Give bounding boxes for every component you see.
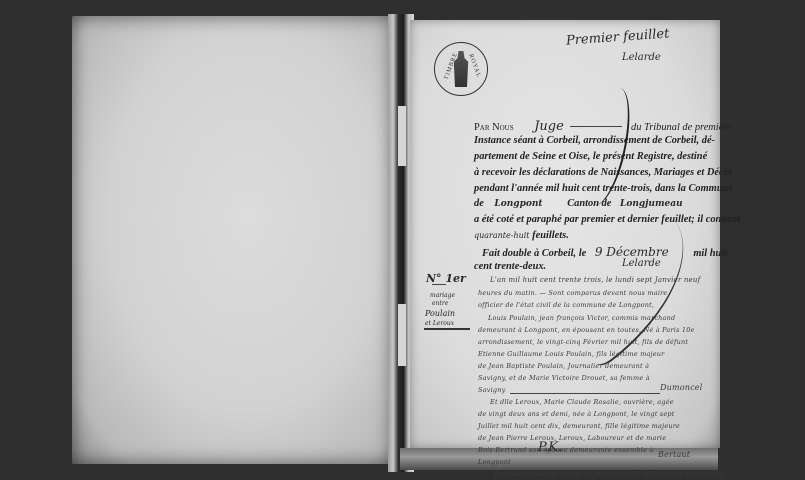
entry-line: Longpont	[478, 458, 511, 466]
entry-line: officier de l'état civil de la commune d…	[478, 301, 654, 309]
margin-note-line: Poulain	[425, 309, 455, 318]
entry-line: de Jean Baptiste Poulain, Journalier dem…	[478, 362, 649, 370]
folio-mark: P.K.	[538, 440, 562, 455]
header-signature: Lelarde	[622, 52, 661, 63]
form-line-10: cent trente-deux.	[474, 262, 546, 272]
entry-line: Etienne Guillaume Louis Poulain, fils lé…	[478, 350, 664, 358]
entry-line: Juillet mil huit cent dix, demeurant, fi…	[478, 422, 680, 430]
entry-line: Bois-Bertrand son épouse demeurante ense…	[478, 446, 653, 454]
form-line-6: de Longpont Canton de Longjumeau	[474, 199, 683, 209]
entry-line: Savigny, et de Marie Victoire Drouet, sa…	[478, 374, 650, 382]
entry-line: de vingt deux ans et demi, née à Longpon…	[478, 410, 675, 418]
spine-strip	[398, 304, 406, 366]
entry-rule	[510, 393, 660, 394]
entry-line: Et dlle Leroux, Marie Claude Rosalie, ou…	[490, 398, 674, 406]
entry-number-underline	[432, 284, 446, 285]
entry-line: demeurant à Longpont, en épousant en tou…	[478, 326, 695, 334]
form-line-2: Instance séant à Corbeil, arrondissement…	[474, 136, 715, 146]
form-line-1: Par Nous Juge du Tribunal de première	[474, 120, 732, 133]
form-line-4: à recevoir les déclarations de Naissance…	[474, 168, 732, 178]
entry-right-mark: Bertaut	[658, 450, 690, 459]
entry-line: heures du matin. — Sont comparus devant …	[478, 289, 667, 297]
stamp-text-right: ROYAL	[467, 53, 481, 79]
entry-line: arrondissement, le vingt-cinq Février mi…	[478, 338, 688, 346]
entry-line: L'an mil huit cent trente trois, le lund…	[490, 276, 700, 284]
spine-strip	[398, 106, 406, 166]
entry-line: de Jean Pierre Leroux, Leroux, Laboureur…	[478, 434, 666, 442]
form-line-5: pendant l'année mil huit cent trente-tro…	[474, 184, 733, 194]
margin-note-line: entre	[432, 300, 448, 307]
left-page-blank	[72, 16, 392, 464]
form-line-7: a été coté et paraphé par premier et der…	[474, 215, 740, 225]
form-line-3: partement de Seine et Oise, le présent R…	[474, 152, 707, 162]
entry-line: Lesquels nous ont requis de procéder à l…	[494, 470, 724, 478]
entry-line: Savigny	[478, 386, 506, 394]
margin-note-line: et Leroux	[425, 320, 454, 327]
margin-note-line: mariage	[430, 292, 455, 299]
entry-right-mark: Dumoncel	[660, 383, 703, 392]
margin-divider	[424, 328, 470, 330]
form-line-8: quarante-huit feuillets.	[474, 231, 569, 241]
entry-line: Louis Poulain, jean françois Victor, com…	[488, 314, 675, 322]
form-line-9: Fait double à Corbeil, le 9 Décembre mil…	[482, 246, 727, 259]
royal-stamp: TIMBRE ROYAL	[434, 42, 488, 96]
